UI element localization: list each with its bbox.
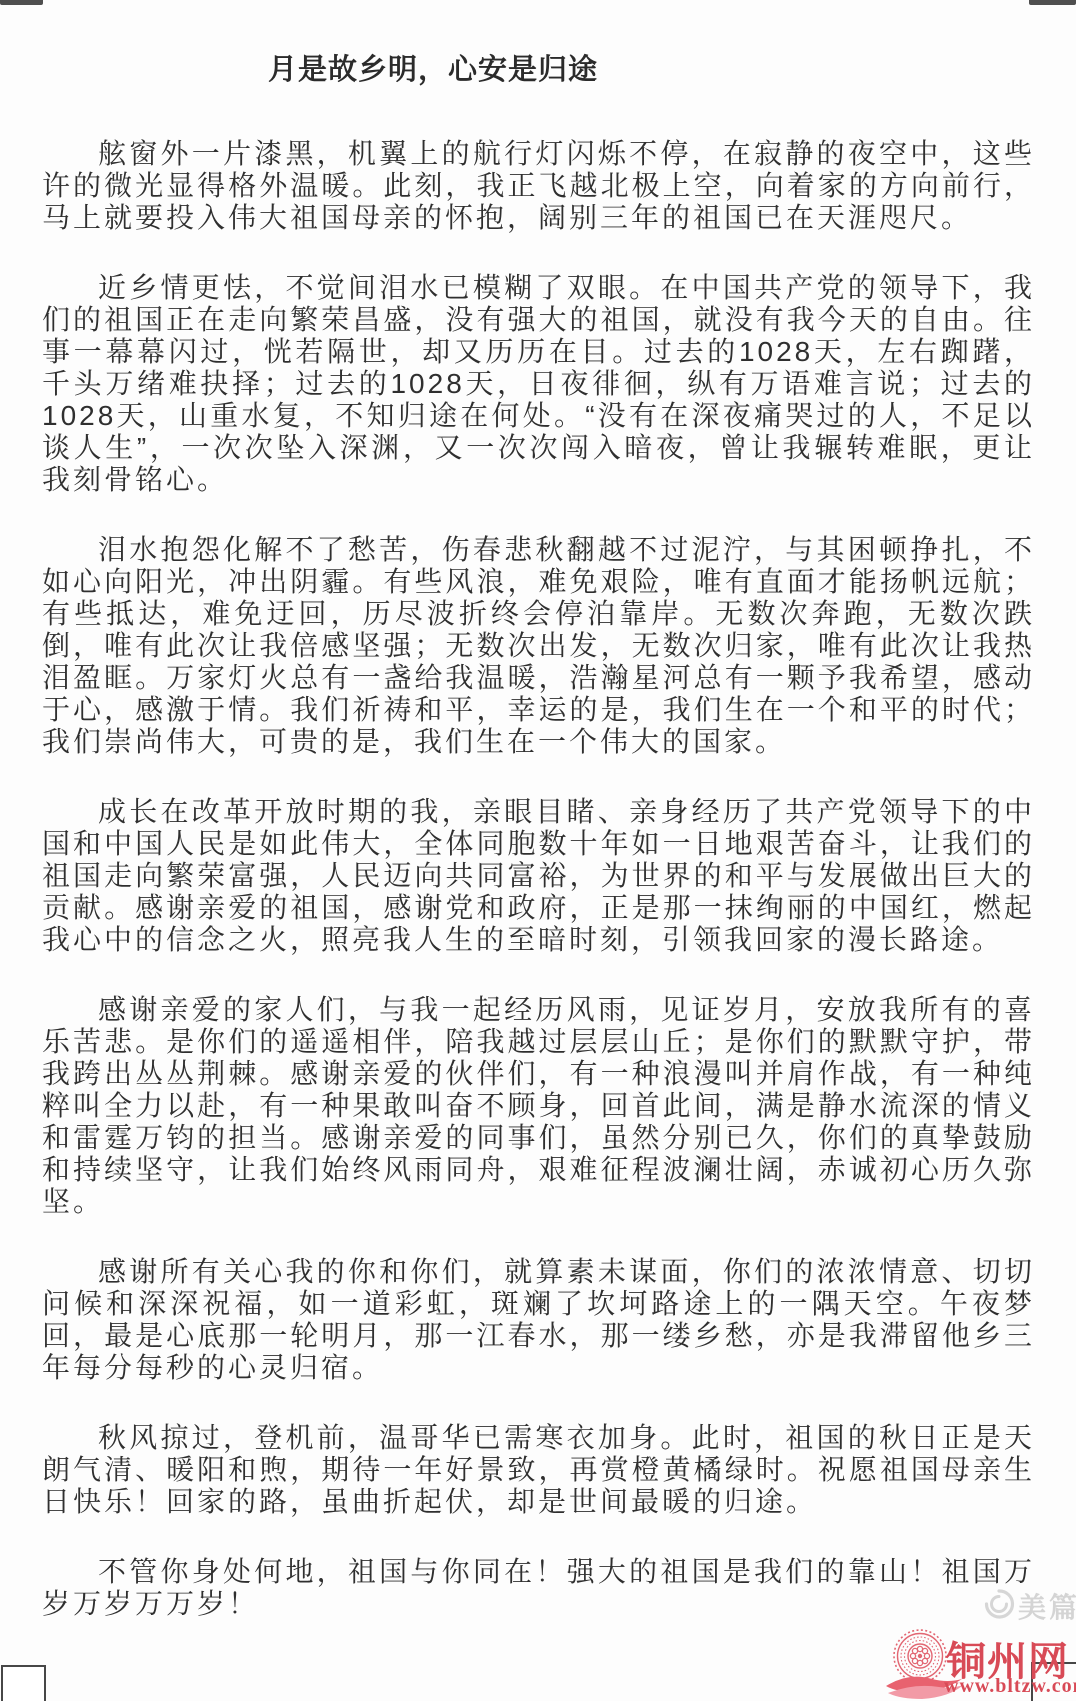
essay-paragraph: 成长在改革开放时期的我，亲眼目睹、亲身经历了共产党领导下的中国和中国人民是如此伟… bbox=[42, 796, 1035, 956]
essay-paragraph: 舷窗外一片漆黑，机翼上的航行灯闪烁不停，在寂静的夜空中，这些许的微光显得格外温暖… bbox=[42, 138, 1035, 234]
essay-paragraph: 泪水抱怨化解不了愁苦，伤春悲秋翻越不过泥泞，与其困顿挣扎，不如心向阳光，冲出阴霾… bbox=[42, 534, 1035, 758]
essay-paragraph: 感谢亲爱的家人们，与我一起经历风雨，见证岁月，安放我所有的喜乐苦悲。是你们的遥遥… bbox=[42, 994, 1035, 1218]
top-right-edge-fragment bbox=[1029, 0, 1076, 5]
essay-title: 月是故乡明，心安是归途 bbox=[268, 47, 598, 88]
essay-paragraph: 感谢所有关心我的你和你们，就算素未谋面，你们的浓浓情意、切切问候和深深祝福，如一… bbox=[42, 1256, 1035, 1384]
bottom-left-image-corner-fragment bbox=[1, 1665, 46, 1701]
site-watermark-url: www.bltzw.com bbox=[944, 1675, 1076, 1698]
site-watermark: 铜州网 www.bltzw.com bbox=[884, 1600, 1076, 1701]
page-container: 月是故乡明，心安是归途 美篇 舷窗外一片漆黑，机翼上的航行灯闪烁不停，在寂静的夜… bbox=[0, 0, 1076, 1701]
essay-paragraph: 近乡情更怯，不觉间泪水已模糊了双眼。在中国共产党的领导下，我们的祖国正在走向繁荣… bbox=[42, 272, 1035, 496]
top-left-edge-fragment bbox=[0, 0, 43, 5]
essay-paragraph: 秋风掠过，登机前，温哥华已需寒衣加身。此时，祖国的秋日正是天朗气清、暖阳和煦，期… bbox=[42, 1422, 1035, 1518]
essay-body: 舷窗外一片漆黑，机翼上的航行灯闪烁不停，在寂静的夜空中，这些许的微光显得格外温暖… bbox=[42, 138, 1035, 1620]
